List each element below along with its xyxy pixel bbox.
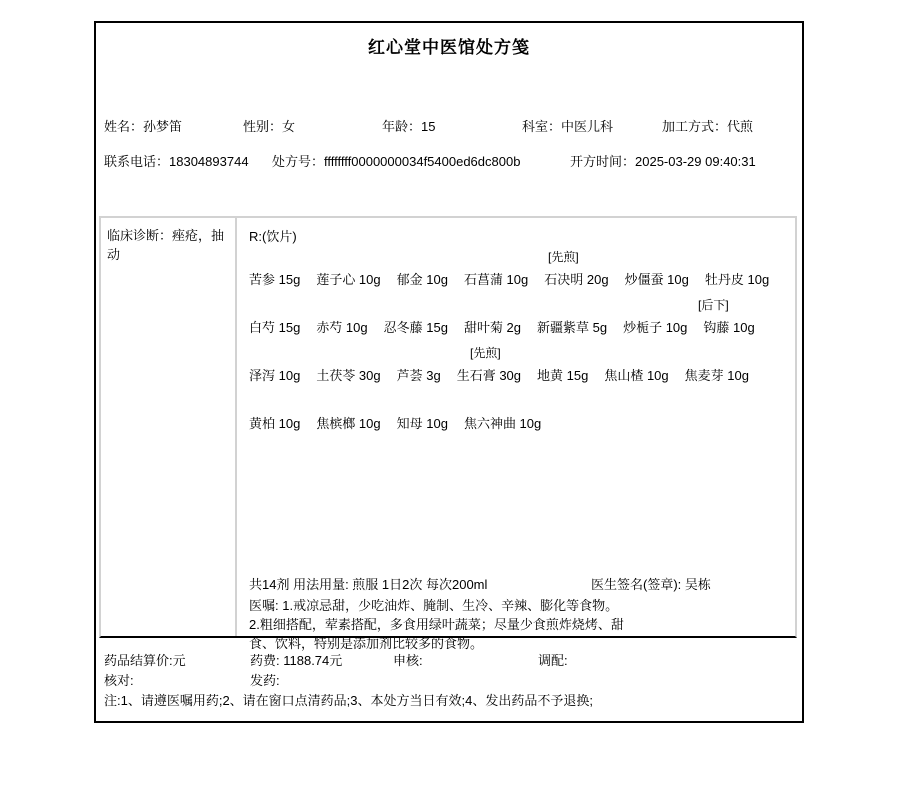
med-item: 石决明 20g [544, 270, 608, 290]
field-value: 1188.74元 [283, 653, 342, 668]
processing-tag: [先煎] [548, 248, 579, 266]
med-item: 生石膏 30g [457, 366, 521, 386]
processing-tag: [先煎] [470, 344, 501, 362]
field-value: 元 [173, 653, 186, 668]
patient-name-field: 姓名：孙梦笛 [104, 116, 182, 135]
med-item: 白芍 15g [249, 318, 300, 338]
field-value: 孙梦笛 [143, 119, 182, 134]
field-label: 医生签名(签章): [591, 577, 685, 592]
meds-line: 泽泻 10g土茯苓 30g芦荟 3g生石膏 30g地黄 15g焦山楂 10g焦麦… [249, 366, 791, 392]
tag-line: [先煎] [249, 344, 791, 366]
settlement-price-field: 药品结算价:元 [104, 650, 186, 669]
med-item: 苦参 15g [249, 270, 300, 290]
med-item: 石菖蒲 10g [464, 270, 528, 290]
med-item: 土茯苓 30g [316, 366, 380, 386]
review-field: 申核: [393, 650, 423, 669]
patient-gender-field: 性别：女 [243, 116, 295, 135]
med-item: 炒栀子 10g [623, 318, 687, 338]
meds-line: 苦参 15g莲子心 10g郁金 10g石菖蒲 10g石决明 20g炒僵蚕 10g… [249, 270, 791, 296]
diagnosis-label: 临床诊断： [107, 228, 172, 243]
compound-field: 调配: [538, 650, 568, 669]
rx-header: R:(饮片) [249, 226, 297, 245]
footer-note: 注:1、请遵医嘱用药;2、请在窗口点清药品;3、本处方当日有效;4、发出药品不予… [104, 690, 593, 709]
fee-field: 药费: 1188.74元 [250, 650, 342, 669]
dispense-field: 发药: [250, 670, 280, 689]
field-label: 科室： [522, 119, 561, 134]
med-item: 牡丹皮 10g [705, 270, 769, 290]
field-value: ffffffff0000000034f5400ed6dc800b [324, 154, 520, 169]
rx-time-field: 开方时间：2025-03-29 09:40:31 [570, 151, 756, 170]
med-item: 甜叶菊 2g [464, 318, 521, 338]
med-item: 焦六神曲 10g [464, 414, 541, 434]
usage-text: 共14剂 用法用量: 煎服 1日2次 每次200ml [249, 577, 487, 592]
diagnosis-cell: 临床诊断：痤疮，抽动 [101, 218, 237, 636]
processing-tag: [后下] [698, 296, 729, 314]
med-item: 焦槟榔 10g [316, 414, 380, 434]
phone-field: 联系电话：18304893744 [104, 151, 249, 170]
med-item: 焦山楂 10g [604, 366, 668, 386]
field-label: 核对: [104, 673, 134, 688]
patient-age-field: 年龄：15 [382, 116, 435, 135]
tag-line [249, 392, 791, 414]
field-label: 药品结算价: [104, 653, 173, 668]
med-item: 地黄 15g [537, 366, 588, 386]
med-item: 新疆紫草 5g [537, 318, 607, 338]
field-label: 年龄： [382, 119, 421, 134]
prescription-page: 红心堂中医馆处方笺 姓名：孙梦笛 性别：女 年龄：15 科室：中医儿科 加工方式… [0, 0, 900, 800]
rx-number-field: 处方号：ffffffff0000000034f5400ed6dc800b [272, 151, 520, 170]
diagnosis-text: 临床诊断：痤疮，抽动 [107, 226, 231, 264]
field-label: 加工方式： [662, 119, 727, 134]
prescription-box: 临床诊断：痤疮，抽动 R:(饮片) [先煎]苦参 15g莲子心 10g郁金 10… [99, 216, 797, 638]
med-item: 炒僵蚕 10g [625, 270, 689, 290]
field-label: 处方号： [272, 154, 324, 169]
page-title: 红心堂中医馆处方笺 [94, 33, 804, 58]
field-label: 姓名： [104, 119, 143, 134]
med-rows: [先煎]苦参 15g莲子心 10g郁金 10g石菖蒲 10g石决明 20g炒僵蚕… [249, 248, 791, 440]
field-value: 代煎 [727, 119, 753, 134]
meds-line: 白芍 15g赤芍 10g忍冬藤 15g甜叶菊 2g新疆紫草 5g炒栀子 10g钩… [249, 318, 791, 344]
med-item: 钩藤 10g [703, 318, 754, 338]
advice-line: 2.粗细搭配，荤素搭配，多食用绿叶蔬菜；尽量少食煎炸烧烤、甜 [249, 615, 679, 634]
med-row: [先煎]苦参 15g莲子心 10g郁金 10g石菖蒲 10g石决明 20g炒僵蚕… [249, 248, 791, 296]
med-item: 焦麦芽 10g [685, 366, 749, 386]
department-field: 科室：中医儿科 [522, 116, 613, 135]
doctor-signature: 医生签名(签章): 吴栋 [591, 574, 711, 593]
med-item: 知母 10g [397, 414, 448, 434]
tag-line: [后下] [249, 296, 791, 318]
check-field: 核对: [104, 670, 134, 689]
field-label: 性别： [243, 119, 282, 134]
field-value: 18304893744 [169, 154, 249, 169]
field-label: 药费: [250, 653, 283, 668]
meds-line: 黄柏 10g焦槟榔 10g知母 10g焦六神曲 10g [249, 414, 791, 440]
field-value: 女 [282, 119, 295, 134]
field-label: 调配: [538, 653, 568, 668]
field-label: 开方时间： [570, 154, 635, 169]
field-label: 发药: [250, 673, 280, 688]
field-value: 吴栋 [685, 577, 711, 592]
med-row: [先煎]泽泻 10g土茯苓 30g芦荟 3g生石膏 30g地黄 15g焦山楂 1… [249, 344, 791, 392]
med-item: 泽泻 10g [249, 366, 300, 386]
field-value: 中医儿科 [561, 119, 613, 134]
med-row: 黄柏 10g焦槟榔 10g知母 10g焦六神曲 10g [249, 392, 791, 440]
processing-method-field: 加工方式：代煎 [662, 116, 753, 135]
med-item: 郁金 10g [397, 270, 448, 290]
field-value: 2025-03-29 09:40:31 [635, 154, 756, 169]
field-label: 联系电话： [104, 154, 169, 169]
tag-line: [先煎] [249, 248, 791, 270]
med-item: 忍冬藤 15g [384, 318, 448, 338]
field-label: 申核: [393, 653, 423, 668]
usage-row: 共14剂 用法用量: 煎服 1日2次 每次200ml 医生签名(签章): 吴栋 [249, 574, 791, 592]
field-value: 15 [421, 119, 435, 134]
med-item: 黄柏 10g [249, 414, 300, 434]
med-row: [后下]白芍 15g赤芍 10g忍冬藤 15g甜叶菊 2g新疆紫草 5g炒栀子 … [249, 296, 791, 344]
medical-advice: 医嘱: 1.戒凉忌甜，少吃油炸、腌制、生冷、辛辣、膨化等食物。2.粗细搭配，荤素… [249, 596, 679, 653]
med-item: 芦荟 3g [397, 366, 441, 386]
med-item: 赤芍 10g [316, 318, 367, 338]
advice-line: 医嘱: 1.戒凉忌甜，少吃油炸、腌制、生冷、辛辣、膨化等食物。 [249, 596, 679, 615]
med-item: 莲子心 10g [316, 270, 380, 290]
prescription-content: R:(饮片) [先煎]苦参 15g莲子心 10g郁金 10g石菖蒲 10g石决明… [239, 218, 795, 636]
